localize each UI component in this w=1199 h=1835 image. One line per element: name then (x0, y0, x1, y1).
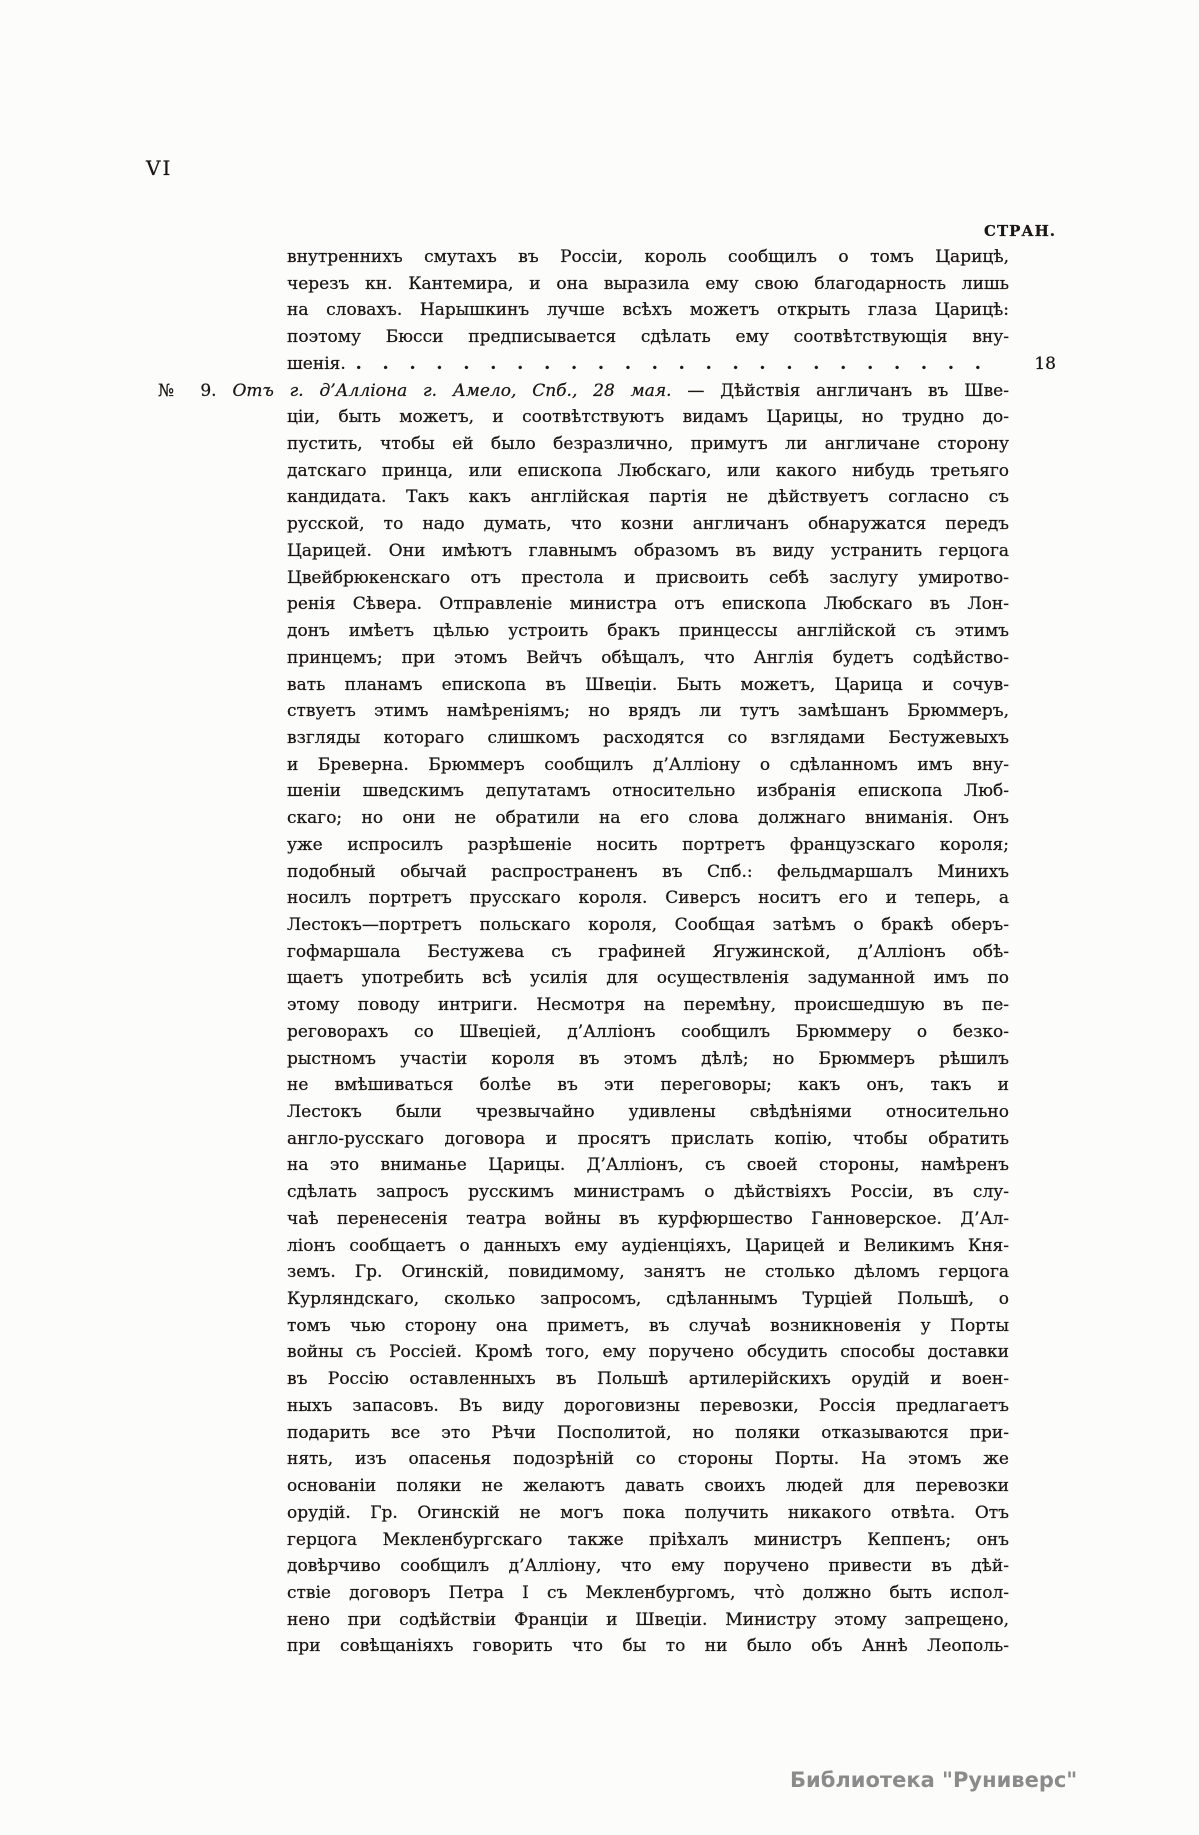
text-line: герцога Мекленбургскаго также пріѣхалъ м… (287, 1527, 1009, 1554)
text-line: нять, изъ опасенья подозрѣній со стороны… (287, 1446, 1009, 1473)
text-line: Цвейбрюкенскаго отъ престола и присвоить… (287, 565, 1009, 592)
library-watermark: Библиотека "Руниверс" (790, 1768, 1077, 1792)
text-line: донъ имѣетъ цѣлью устроить бракъ принцес… (287, 618, 1009, 645)
text-line: вать планамъ епископа въ Швеціи. Быть мо… (287, 672, 1009, 699)
leader-line: шенія. .......................... 18 (287, 351, 1056, 378)
text-line: Лестокъ были чрезвычайно удивлены свѣдѣн… (287, 1099, 1009, 1126)
text-line: англо-русскаго договора и просятъ присла… (287, 1126, 1009, 1153)
text-line: реговорахъ со Швеціей, д’Алліонъ сообщил… (287, 1019, 1009, 1046)
text-line: скаго; но они не обратили на его слова д… (287, 805, 1009, 832)
summary-text-block: внутреннихъ смутахъ въ Россіи, король со… (287, 244, 1009, 1660)
text-line: ныхъ запасовъ. Въ виду дороговизны перев… (287, 1393, 1009, 1420)
text-line: рыстномъ участіи короля въ этомъ дѣлѣ; н… (287, 1046, 1009, 1073)
text-line: и Бреверна. Брюммеръ сообщилъ д’Алліону … (287, 752, 1009, 779)
text-line: этому поводу интриги. Несмотря на перемѣ… (287, 992, 1009, 1019)
text-line: въ Россію оставленныхъ въ Польшѣ артилер… (287, 1366, 1009, 1393)
text-line: томъ чью сторону она приметъ, въ случаѣ … (287, 1313, 1009, 1340)
entry-number: № 9. (158, 381, 217, 401)
text-line: нено при содѣйствіи Франціи и Швеціи. Ми… (287, 1607, 1009, 1634)
text-line: чаѣ перенесенія театра войны въ курфюрше… (287, 1206, 1009, 1233)
text-line: пустить, чтобы ей было безразлично, прим… (287, 431, 1009, 458)
text-line: подарить все это Рѣчи Посполитой, но пол… (287, 1420, 1009, 1447)
text-line: принцемъ; при этомъ Вейчъ обѣщалъ, что А… (287, 645, 1009, 672)
text-line: войны съ Россіей. Кромѣ того, ему поруче… (287, 1339, 1009, 1366)
text-line: гофмаршала Бестужева съ графиней Ягужинс… (287, 939, 1009, 966)
text-line: щаетъ употребить всѣ усилія для осуществ… (287, 965, 1009, 992)
text-line: черезъ кн. Кантемира, и она выразила ему… (287, 271, 1009, 298)
text-line: Курляндскаго, сколько запросомъ, сдѣланн… (287, 1286, 1009, 1313)
text-line: сдѣлать запросъ русскимъ министрамъ о дѣ… (287, 1179, 1009, 1206)
text-line: ствіе договоръ Петра I съ Мекленбургомъ,… (287, 1580, 1009, 1607)
text-line: не вмѣшиваться болѣе въ эти переговоры; … (287, 1072, 1009, 1099)
text-line: шеніи шведскимъ депутатамъ относительно … (287, 778, 1009, 805)
text-line: датскаго принца, или епископа Любскаго, … (287, 458, 1009, 485)
page-ref-column-header: СТРАН. (984, 222, 1056, 240)
text-line: русской, то надо думать, что козни англи… (287, 511, 1009, 538)
text-line: земъ. Гр. Огинскій, повидимому, занятъ н… (287, 1259, 1009, 1286)
entry-heading: Отъ г. д’Алліона г. Амело, Спб., 28 мая. (232, 381, 671, 401)
text-line: на словахъ. Нарышкинъ лучше всѣхъ можетъ… (287, 297, 1009, 324)
text-line: основаніи поляки не желаютъ давать своих… (287, 1473, 1009, 1500)
text-line: ренія Сѣвера. Отправленіе министра отъ е… (287, 591, 1009, 618)
text-line: кандидата. Такъ какъ англійская партія н… (287, 484, 1009, 511)
entry-body: ціи, быть можетъ, и соотвѣтствуютъ видам… (287, 404, 1009, 1660)
paragraph-last-word: шенія. (287, 351, 346, 378)
text-line: на это вниманье Царицы. Д’Алліонъ, съ св… (287, 1152, 1009, 1179)
text-line: ліонъ сообщаетъ о данныхъ ему аудіенціях… (287, 1233, 1009, 1260)
text-line: подобный обычай распространенъ въ Спб.: … (287, 859, 1009, 886)
text-line: ствуетъ этимъ намѣреніямъ; но врядъ ли т… (287, 698, 1009, 725)
text-line: поэтому Бюсси предписывается сдѣлать ему… (287, 324, 1009, 351)
text-line: Лестокъ—портретъ польскаго короля, Сообщ… (287, 912, 1009, 939)
page-ref-number: 18 (996, 351, 1056, 378)
text-line: орудій. Гр. Огинскій не могъ пока получи… (287, 1500, 1009, 1527)
text-line: при совѣщаніяхъ говорить что бы то ни бы… (287, 1633, 1009, 1660)
text-line: внутреннихъ смутахъ въ Россіи, король со… (287, 244, 1009, 271)
text-line: ціи, быть можетъ, и соотвѣтствуютъ видам… (287, 404, 1009, 431)
text-line: взгляды котораго слишкомъ расходятся со … (287, 725, 1009, 752)
text-line: уже испросилъ разрѣшеніе носить портретъ… (287, 832, 1009, 859)
book-page: VI СТРАН. внутреннихъ смутахъ въ Россіи,… (0, 0, 1199, 1835)
entry-heading-line: № 9. Отъ г. д’Алліона г. Амело, Спб., 28… (158, 378, 1009, 405)
text-line: носилъ портретъ прусскаго короля. Сиверс… (287, 885, 1009, 912)
text-line: Царицей. Они имѣютъ главнымъ образомъ въ… (287, 538, 1009, 565)
text-line: довѣрчиво сообщилъ д’Алліону, что ему по… (287, 1553, 1009, 1580)
entry-first-line-text: — Дѣйствія англичанъ въ Шве- (687, 381, 1009, 401)
dot-leader: .......................... (346, 351, 997, 378)
continuation-paragraph: внутреннихъ смутахъ въ Россіи, король со… (287, 244, 1009, 351)
folio-number: VI (146, 156, 172, 180)
